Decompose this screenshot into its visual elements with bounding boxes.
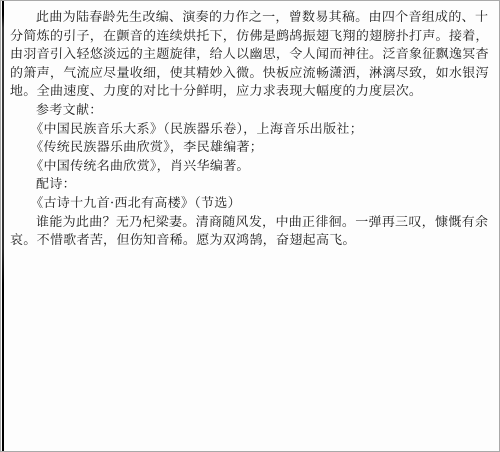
intro-paragraph-line: 由羽音引入轻悠淡远的主题旋律，给人以幽思，令人闻而神往。泛音象征飘逸冥杳	[10, 46, 489, 65]
poem-heading: 配诗：	[10, 176, 489, 195]
intro-paragraph-line: 此曲为陆春龄先生改编、演奏的力作之一，曾数易其稿。由四个音组成的、十	[10, 9, 489, 28]
document-text-block: 此曲为陆春龄先生改编、演奏的力作之一，曾数易其稿。由四个音组成的、十 分简炼的引…	[10, 9, 489, 251]
poem-title: 《古诗十九首·西北有高楼》（节选）	[10, 195, 489, 214]
reference-item: 《传统民族器乐曲欣赏》，李民雄编著；	[10, 139, 489, 158]
reference-item: 《中国民族音乐大系》（民族器乐卷），上海音乐出版社；	[10, 121, 489, 140]
intro-paragraph-line: 地。全曲速度、力度的对比十分鲜明，应力求表现大幅度的力度层次。	[10, 83, 489, 102]
poem-line: 谁能为此曲？无乃杞梁妻。清商随风发，中曲正徘徊。一弹再三叹，慷慨有余	[10, 214, 489, 233]
intro-paragraph-line: 的箫声，气流应尽量收细，使其精妙入微。快板应流畅潇洒，淋漓尽致，如水银泻	[10, 65, 489, 84]
references-heading: 参考文献：	[10, 102, 489, 121]
scan-edge-artifact	[2, 1, 4, 451]
intro-paragraph-line: 分简炼的引子，在颤音的连续烘托下，仿佛是鹧鸪振翅飞翔的翅膀扑打声。接着，	[10, 28, 489, 47]
scanned-document-page: 此曲为陆春龄先生改编、演奏的力作之一，曾数易其稿。由四个音组成的、十 分简炼的引…	[0, 0, 500, 452]
poem-line: 哀。不惜歌者苦，但伤知音稀。愿为双鸿鹄，奋翅起高飞。	[10, 232, 489, 251]
reference-item: 《中国传统名曲欣赏》，肖兴华编著。	[10, 158, 489, 177]
